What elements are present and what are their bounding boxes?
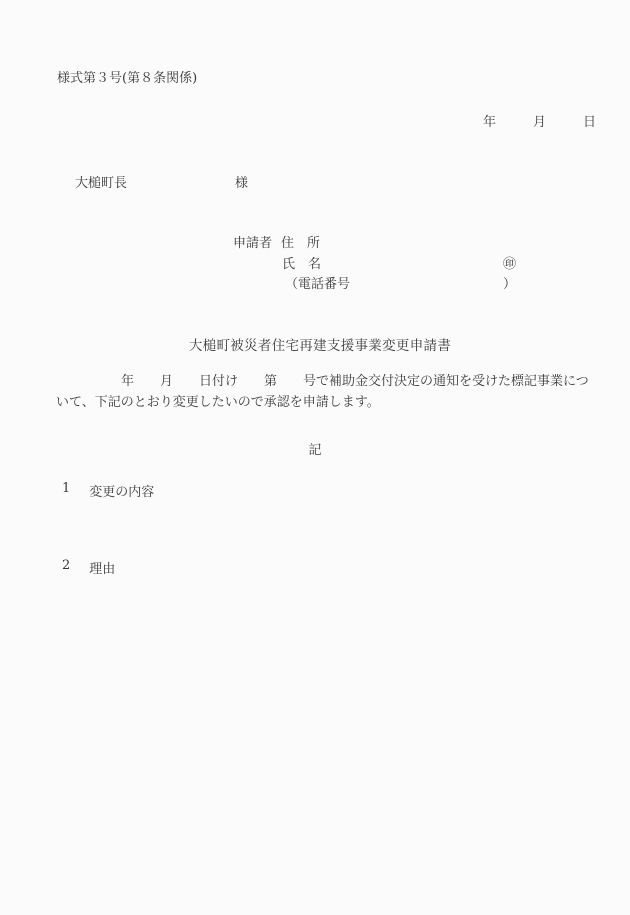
item-label: 変更の内容 [89, 481, 154, 500]
date-line: 年 月 日 [483, 111, 596, 130]
applicant-phone-row: （電話番号 ） [233, 275, 516, 296]
addressee-name: 大槌町長 [75, 172, 127, 191]
applicant-name-label: 氏 名 [282, 255, 321, 276]
date-year-label: 年 [483, 111, 496, 130]
applicant-address-row: 申請者 住 所 [233, 234, 516, 255]
applicant-label: 申請者 [233, 234, 272, 255]
date-day-label: 日 [583, 111, 596, 130]
applicant-name-row: 氏 名 ㊞ [233, 255, 516, 276]
body-paragraph: 年 月 日付け 第 号で補助金交付決定の通知を受けた標記事業につ いて、下記のと… [56, 372, 601, 413]
applicant-phone-close-paren: ） [503, 275, 516, 296]
addressee-honorific: 様 [235, 172, 248, 191]
applicant-block: 申請者 住 所 氏 名 ㊞ （電話番号 ） [233, 234, 516, 296]
list-item-change-content: 1 変更の内容 [62, 481, 154, 500]
document-title: 大槌町被災者住宅再建支援事業変更申請書 [0, 334, 630, 354]
item-label: 理由 [89, 558, 115, 577]
item-number: 2 [62, 558, 70, 577]
addressee-line: 大槌町長 様 [75, 172, 248, 191]
date-month-label: 月 [533, 111, 546, 130]
form-number-label: 様式第３号(第８条関係) [57, 67, 197, 86]
list-item-reason: 2 理由 [62, 558, 115, 577]
record-heading: 記 [0, 439, 630, 458]
applicant-address-label: 住 所 [281, 234, 320, 255]
seal-mark-icon: ㊞ [503, 255, 516, 276]
item-number: 1 [62, 481, 70, 500]
applicant-phone-label: （電話番号 [285, 275, 350, 296]
form-document-page: 様式第３号(第８条関係) 年 月 日 大槌町長 様 申請者 住 所 氏 名 ㊞ … [0, 0, 630, 915]
